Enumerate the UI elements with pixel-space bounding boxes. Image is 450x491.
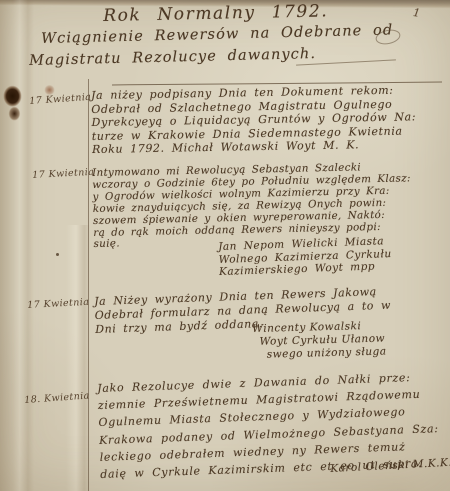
entry-block: Ja niżey podpisany Dnia ten Dokument rek…: [91, 83, 417, 157]
signature-block: Jan Nepom Wielicki Miasta Wolnego Kazimi…: [218, 235, 392, 279]
fold-crease-left: [0, 0, 34, 491]
signature-line: swego uniżony sługa: [267, 345, 387, 361]
entry-date: 17 Kwietnia: [29, 92, 92, 107]
page-title: Rok Normalny 1792.: [103, 1, 328, 26]
entry-date: 17 Kwietnia: [32, 167, 95, 181]
manuscript-page-scan: Rok Normalny 1792. Wciągnienie Rewersów …: [0, 0, 450, 491]
header-flourish-loop: [373, 27, 403, 47]
page-subtitle-line-1: Wciągnienie Rewersów na Odebrane od: [41, 22, 393, 47]
column-divider: [88, 79, 89, 491]
ink-dot: [56, 253, 59, 256]
page-subtitle-line-2: Magistratu Rezolucye dawanych.: [29, 46, 316, 69]
signature-block: Wincenty Kowalski Woyt Cyrkułu Ułanow sw…: [252, 319, 387, 361]
page-number: 1: [412, 6, 421, 20]
ink-blot: [1, 84, 25, 122]
fold-crease-inner: [66, 225, 90, 491]
